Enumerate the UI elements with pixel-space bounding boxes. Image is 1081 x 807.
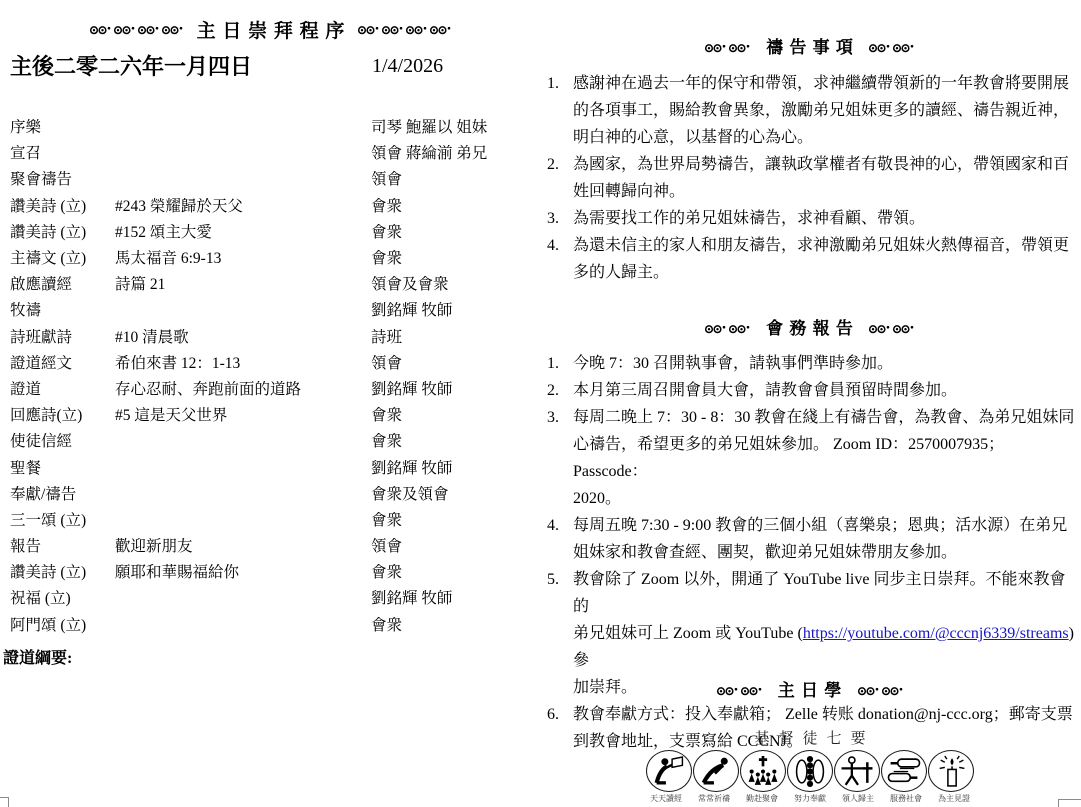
- item-text: 每周二晚上 7：30 - 8：30 教會在綫上有禱告會，為教會、為弟兄姐妹同 心…: [573, 404, 1075, 512]
- youtube-link[interactable]: https://youtube.com/@cccnj6339/streams: [803, 625, 1069, 642]
- program-item: 祝福 (立): [10, 586, 115, 608]
- program-who: 詩班: [371, 325, 538, 347]
- program-row: 使徒信經會衆: [10, 427, 538, 453]
- list-item: 3.每周二晚上 7：30 - 8：30 教會在綫上有禱告會，為教會、為弟兄姐妹同…: [545, 404, 1075, 512]
- program-row: 三一頌 (立)會衆: [10, 506, 538, 532]
- program-item: 聖餐: [10, 456, 115, 478]
- program-detail: #10 清晨歌: [115, 325, 371, 347]
- bulletin-page: 主 日 崇 拜 程 序 主後二零二六年一月四日 1/4/2026 序樂司琴 鮑羅…: [0, 0, 1081, 807]
- scroll-ornament: [857, 686, 905, 696]
- program-who: 會衆: [371, 508, 538, 530]
- page-corner-mark: [0, 797, 9, 807]
- list-item: 2.本月第三周召開會員大會，請教會會員預留時間參加。: [545, 377, 1075, 404]
- program-who: 領會 蔣綸湔 弟兄: [371, 141, 538, 163]
- program-who: 司琴 鮑羅以 姐妹: [371, 115, 538, 137]
- list-item: 4.為還未信主的家人和朋友禱告，求神激勵弟兄姐妹火熱傳福音，帶領更 多的人歸主。: [545, 232, 1075, 286]
- sunday-school-section-header: 主 日 學: [543, 676, 1077, 701]
- program-who: 領會: [371, 534, 538, 556]
- program-row: 讚美詩 (立)願耶和華賜福給你會衆: [10, 558, 538, 584]
- scroll-ornament: [868, 43, 916, 53]
- scroll-ornament: [704, 324, 752, 334]
- kneel-reading-icon: [646, 750, 692, 792]
- item-number: 4.: [545, 512, 573, 566]
- program-who: 會衆及領會: [371, 482, 538, 504]
- program-row: 聖餐劉銘輝 牧師: [10, 453, 538, 479]
- logo-label: 努力奉獻: [787, 793, 834, 804]
- program-row: 序樂司琴 鮑羅以 姐妹: [10, 113, 538, 139]
- prayer-section-title: 禱 告 事 項: [766, 38, 854, 57]
- sunday-school-section-title: 主 日 學: [778, 681, 843, 700]
- item-number: 4.: [545, 232, 573, 286]
- program-detail: 存心忍耐、奔跑前面的道路: [115, 377, 371, 399]
- program-row: 讚美詩 (立)#243 榮耀歸於天父會衆: [10, 192, 538, 218]
- program-row: 啟應讀經詩篇 21領會及會衆: [10, 270, 538, 296]
- date-chinese: 主後二零二六年一月四日: [10, 50, 252, 81]
- program-who: 領會及會衆: [371, 272, 538, 294]
- logo-label: 天天讀經: [643, 793, 690, 804]
- item-number: 3.: [545, 205, 573, 232]
- program-row: 宣召領會 蔣綸湔 弟兄: [10, 139, 538, 165]
- prayer-items-list: 1.感謝神在過去一年的保守和帶領，求神繼續帶領新的一年教會將要開展 的各項事工，…: [545, 70, 1075, 286]
- candle-witness-icon: [928, 750, 974, 792]
- prayer-section-header: 禱 告 事 項: [543, 33, 1077, 58]
- figure-cross-icon: [834, 750, 880, 792]
- program-row: 讚美詩 (立)#152 頌主大愛會衆: [10, 218, 538, 244]
- program-item: 三一頌 (立): [10, 508, 115, 530]
- program-who: 會衆: [371, 560, 538, 582]
- announcements-section-title: 會 務 報 告: [766, 319, 854, 338]
- program-detail: #243 榮耀歸於天父: [115, 194, 371, 216]
- worship-order-title: 主 日 崇 拜 程 序: [197, 16, 346, 43]
- item-text: 為需要找工作的弟兄姐妹禱告，求神看顧、帶領。: [573, 205, 1075, 232]
- program-item: 主禱文 (立): [10, 246, 115, 268]
- program-item: 聚會禱告: [10, 167, 115, 189]
- program-row: 主禱文 (立)馬太福音 6:9-13會衆: [10, 244, 538, 270]
- program-detail: 詩篇 21: [115, 272, 371, 294]
- program-row: 詩班獻詩#10 清晨歌詩班: [10, 323, 538, 349]
- program-who: 劉銘輝 牧師: [371, 377, 538, 399]
- program-detail: #152 頌主大愛: [115, 220, 371, 242]
- program-who: 會衆: [371, 246, 538, 268]
- program-row: 聚會禱告領會: [10, 165, 538, 191]
- program-who: 劉銘輝 牧師: [371, 298, 538, 320]
- item-number: 2.: [545, 377, 573, 404]
- date-numeric: 1/4/2026: [372, 55, 443, 78]
- logo-label-row: 天天讀經 常常祈禱 勤赴聚會 努力奉獻 領人歸主 服務社會 為主見證: [543, 793, 1077, 804]
- item-text: 今晚 7：30 召開執事會，請執事們準時參加。: [573, 350, 1075, 377]
- scroll-ornament: [868, 324, 916, 334]
- program-row: 報告歡迎新朋友領會: [10, 532, 538, 558]
- program-row: 回應詩(立)#5 這是天父世界會衆: [10, 401, 538, 427]
- program-item: 使徒信經: [10, 429, 115, 451]
- item-number: 2.: [545, 151, 573, 205]
- scroll-ornament: [716, 686, 764, 696]
- program-item: 證道經文: [10, 351, 115, 373]
- program-row: 證道經文希伯來書 12：1-13領會: [10, 349, 538, 375]
- program-item: 阿門頌 (立): [10, 613, 115, 635]
- item-text: 為還未信主的家人和朋友禱告，求神激勵弟兄姐妹火熱傳福音，帶領更 多的人歸主。: [573, 232, 1075, 286]
- program-item: 讚美詩 (立): [10, 220, 115, 242]
- program-item: 讚美詩 (立): [10, 560, 115, 582]
- program-detail: 歡迎新朋友: [115, 534, 371, 556]
- program-item: 回應詩(立): [10, 403, 115, 425]
- program-row: 奉獻/禱告會衆及領會: [10, 480, 538, 506]
- item-text: 為國家，為世界局勢禱告，讓執政掌權者有敬畏神的心，帶領國家和百 姓回轉歸向神。: [573, 151, 1075, 205]
- logo-label: 為主見證: [931, 793, 978, 804]
- worship-order-header: 主 日 崇 拜 程 序: [0, 16, 542, 43]
- list-item: 1.感謝神在過去一年的保守和帶領，求神繼續帶領新的一年教會將要開展 的各項事工，…: [545, 70, 1075, 151]
- item-text: 感謝神在過去一年的保守和帶領，求神繼續帶領新的一年教會將要開展 的各項事工，賜給…: [573, 70, 1075, 151]
- program-detail: 希伯來書 12：1-13: [115, 351, 371, 373]
- page-corner-mark: [1058, 799, 1081, 807]
- program-row: 阿門頌 (立)會衆: [10, 611, 538, 637]
- item-number: 1.: [545, 70, 573, 151]
- program-who: 劉銘輝 牧師: [371, 456, 538, 478]
- program-detail: 馬太福音 6:9-13: [115, 246, 371, 268]
- program-item: 啟應讀經: [10, 272, 115, 294]
- program-who: 會衆: [371, 220, 538, 242]
- logo-label: 服務社會: [883, 793, 930, 804]
- program-item: 報告: [10, 534, 115, 556]
- program-who: 會衆: [371, 403, 538, 425]
- program-detail: 願耶和華賜福給你: [115, 560, 371, 582]
- list-item: 3.為需要找工作的弟兄姐妹禱告，求神看顧、帶領。: [545, 205, 1075, 232]
- right-panel: 禱 告 事 項 1.感謝神在過去一年的保守和帶領，求神繼續帶領新的一年教會將要開…: [543, 0, 1077, 807]
- fish-offering-icon: [787, 750, 833, 792]
- program-item: 讚美詩 (立): [10, 194, 115, 216]
- worship-program-list: 序樂司琴 鮑羅以 姐妹 宣召領會 蔣綸湔 弟兄 聚會禱告領會 讚美詩 (立)#2…: [10, 113, 538, 637]
- logo-icon-row: [543, 750, 1077, 792]
- announcements-section-header: 會 務 報 告: [543, 314, 1077, 339]
- program-who: 會衆: [371, 613, 538, 635]
- logo-title: 基督徒七要: [552, 727, 1077, 748]
- item-text: 本月第三周召開會員大會，請教會會員預留時間參加。: [573, 377, 1075, 404]
- program-detail: #5 這是天父世界: [115, 403, 371, 425]
- program-who: 會衆: [371, 194, 538, 216]
- item-text: 每周五晚 7:30 - 9:00 教會的三個小組（喜樂泉；恩典；活水源）在弟兄 …: [573, 512, 1075, 566]
- program-item: 奉獻/禱告: [10, 482, 115, 504]
- logo-label: 領人歸主: [835, 793, 882, 804]
- program-item: 證道: [10, 377, 115, 399]
- serving-hands-icon: [881, 750, 927, 792]
- list-item: 2.為國家，為世界局勢禱告，讓執政掌權者有敬畏神的心，帶領國家和百 姓回轉歸向神…: [545, 151, 1075, 205]
- logo-label: 常常祈禱: [691, 793, 738, 804]
- program-row: 牧禱劉銘輝 牧師: [10, 296, 538, 322]
- program-item: 序樂: [10, 115, 115, 137]
- program-item: 牧禱: [10, 298, 115, 320]
- program-item: 宣召: [10, 141, 115, 163]
- scroll-ornament: [89, 25, 185, 35]
- list-item: 4.每周五晚 7:30 - 9:00 教會的三個小組（喜樂泉；恩典；活水源）在弟…: [545, 512, 1075, 566]
- item-number: 3.: [545, 404, 573, 512]
- program-who: 會衆: [371, 429, 538, 451]
- program-row: 證道存心忍耐、奔跑前面的道路劉銘輝 牧師: [10, 375, 538, 401]
- sermon-outline-label: 證道綱要:: [3, 645, 72, 668]
- program-row: 祝福 (立)劉銘輝 牧師: [10, 584, 538, 610]
- kneel-praying-icon: [693, 750, 739, 792]
- logo-label: 勤赴聚會: [739, 793, 786, 804]
- item-number: 1.: [545, 350, 573, 377]
- program-item: 詩班獻詩: [10, 325, 115, 347]
- scroll-ornament: [704, 43, 752, 53]
- program-who: 領會: [371, 167, 538, 189]
- congregation-icon: [740, 750, 786, 792]
- scroll-ornament: [357, 25, 453, 35]
- list-item: 1.今晚 7：30 召開執事會，請執事們準時參加。: [545, 350, 1075, 377]
- program-who: 領會: [371, 351, 538, 373]
- program-who: 劉銘輝 牧師: [371, 586, 538, 608]
- seven-essentials-logo: 基督徒七要: [543, 727, 1077, 804]
